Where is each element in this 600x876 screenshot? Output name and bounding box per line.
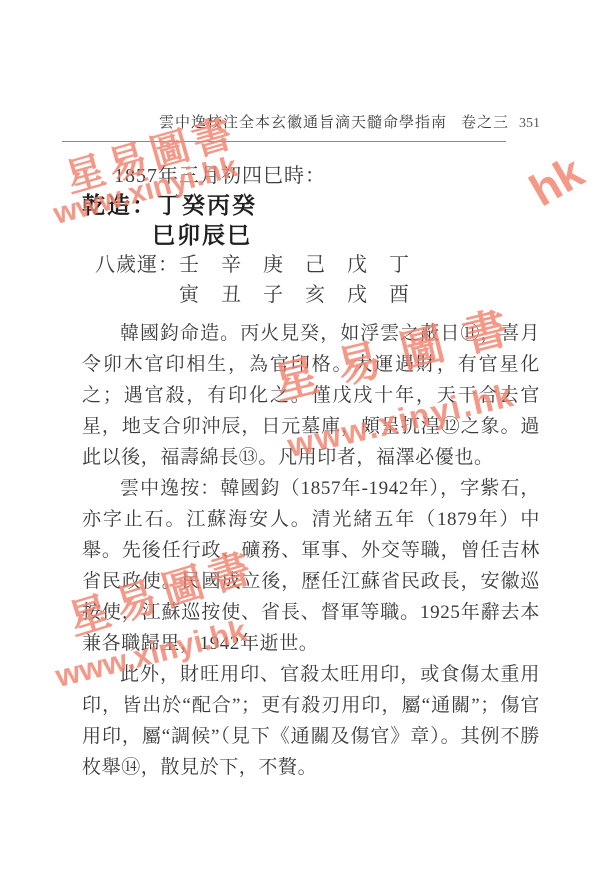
luck-label: 八歲運：	[95, 254, 179, 276]
pillars-label: 乾造：	[82, 192, 157, 218]
luck-cycle-branches-line: 寅 丑 子 亥 戌 酉	[82, 280, 540, 310]
pillars-stems: 丁癸丙癸	[157, 192, 257, 218]
luck-stems: 壬 辛 庚 己 戊 丁	[179, 254, 410, 276]
running-title: 雲中逸校注全本玄徽通旨滴天髓命學指南	[159, 115, 447, 131]
page-body: 1857年三月初四巳時： 乾造：丁癸丙癸 巳卯辰巳 八歲運：壬 辛 庚 己 戊 …	[82, 162, 540, 783]
luck-cycle-stems-line: 八歲運：壬 辛 庚 己 戊 丁	[82, 250, 540, 280]
running-header: 雲中逸校注全本玄徽通旨滴天髓命學指南卷之三351	[0, 111, 540, 132]
paragraph-biography: 雲中逸按：韓國鈞（1857年-1942年），字紫石，亦字止石。江蘇海安人。清光緒…	[82, 473, 540, 659]
book-page: 雲中逸校注全本玄徽通旨滴天髓命學指南卷之三351 1857年三月初四巳時： 乾造…	[0, 0, 600, 876]
header-rule	[62, 141, 506, 142]
paragraph-commentary: 韓國鈞命造。丙火見癸，如浮雲之蔽日⑪，喜月令卯木官印相生，為官印格。大運遇財，有…	[82, 318, 540, 473]
volume-label: 卷之三	[461, 115, 509, 131]
earthly-branches-line: 巳卯辰巳	[82, 220, 540, 250]
paragraph-conclusion: 此外，財旺用印、官殺太旺用印，或食傷太重用印，皆出於“配合”；更有殺刃用印，屬“…	[82, 659, 540, 783]
birth-date-line: 1857年三月初四巳時：	[82, 162, 540, 190]
page-number: 351	[519, 116, 540, 131]
heavenly-stems-line: 乾造：丁癸丙癸	[82, 190, 540, 220]
